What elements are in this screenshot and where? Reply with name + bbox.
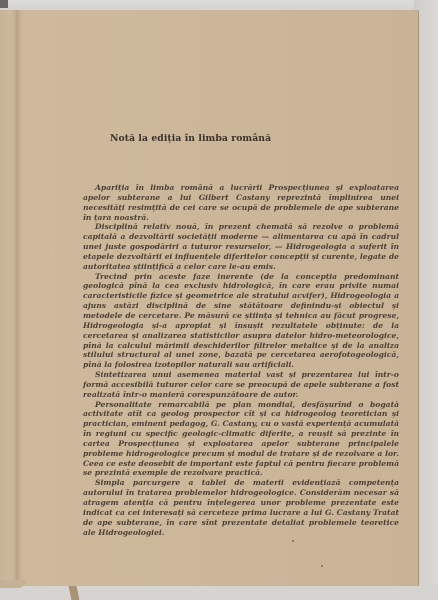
paper-speck: [321, 565, 323, 567]
page-fold-shadow: [14, 10, 20, 586]
paragraph: Trecind prin aceste faze inerente (de la…: [83, 272, 399, 370]
background-object: [0, 0, 8, 8]
paragraph: Sintetizarea unui asemenea material vast…: [83, 370, 399, 400]
background-surface-bottom: [0, 584, 438, 600]
paragraph: Disciplină relativ nouă, în prezent chem…: [83, 222, 399, 271]
paper-speck: [292, 540, 294, 542]
document-body: Apariția în limba română a lucrării Pros…: [83, 183, 399, 537]
page-corner: [0, 580, 26, 588]
paragraph: Personalitate remarcabilă pe plan mondia…: [83, 400, 399, 479]
page-title: Notă la ediția în limba română: [110, 133, 370, 144]
paragraph: Apariția în limba română a lucrării Pros…: [83, 183, 399, 222]
paragraph: Simpla parcurgere a tablei de materii ev…: [83, 478, 399, 537]
